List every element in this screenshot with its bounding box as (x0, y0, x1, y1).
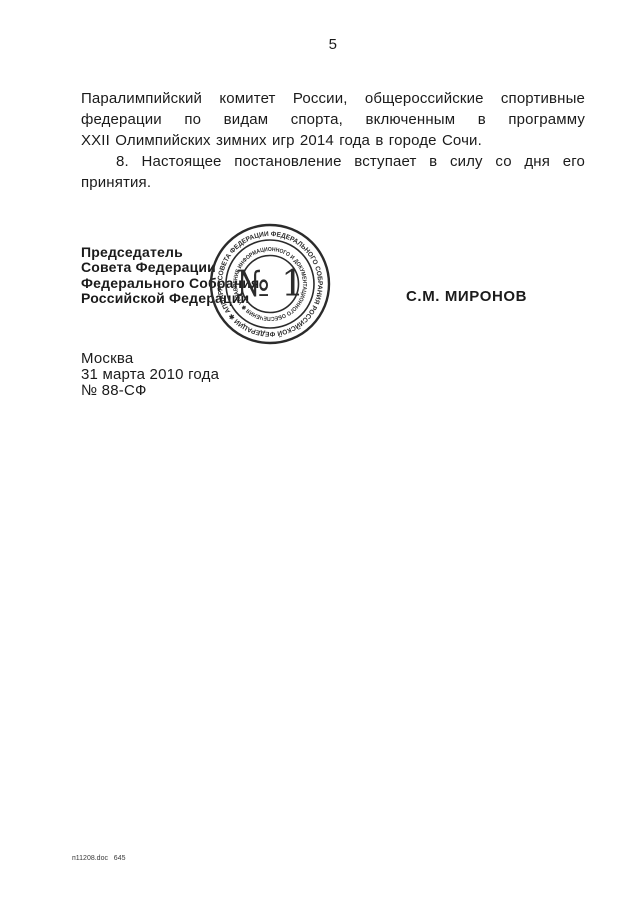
body-text: Паралимпийский комитет России, общеросси… (81, 88, 585, 193)
issuance-number: № 88-СФ (81, 383, 219, 399)
document-page: 5 Паралимпийский комитет России, общерос… (0, 0, 640, 900)
paragraph-line: федерации по видам спорта, включенным в … (81, 109, 585, 130)
official-stamp-icon: АППАРАТ СОВЕТА ФЕДЕРАЦИИ ФЕДЕРАЛЬНОГО СО… (208, 222, 332, 346)
paragraph-line: 8. Настоящее постановление вступает в си… (81, 151, 585, 172)
signer-name: С.М. МИРОНОВ (406, 288, 527, 305)
issuance-date: 31 марта 2010 года (81, 367, 219, 383)
stamp-number: № 1 (236, 264, 304, 305)
paragraph-line: Паралимпийский комитет России, общеросси… (81, 88, 585, 109)
issuance-city: Москва (81, 351, 219, 367)
issuance-block: Москва 31 марта 2010 года № 88-СФ (81, 351, 219, 399)
paragraph-line: принятия. (81, 172, 585, 193)
page-number: 5 (81, 36, 585, 53)
paragraph-line: XXII Олимпийских зимних игр 2014 года в … (81, 130, 585, 151)
footer-note: п11208.doc 645 (72, 855, 125, 862)
